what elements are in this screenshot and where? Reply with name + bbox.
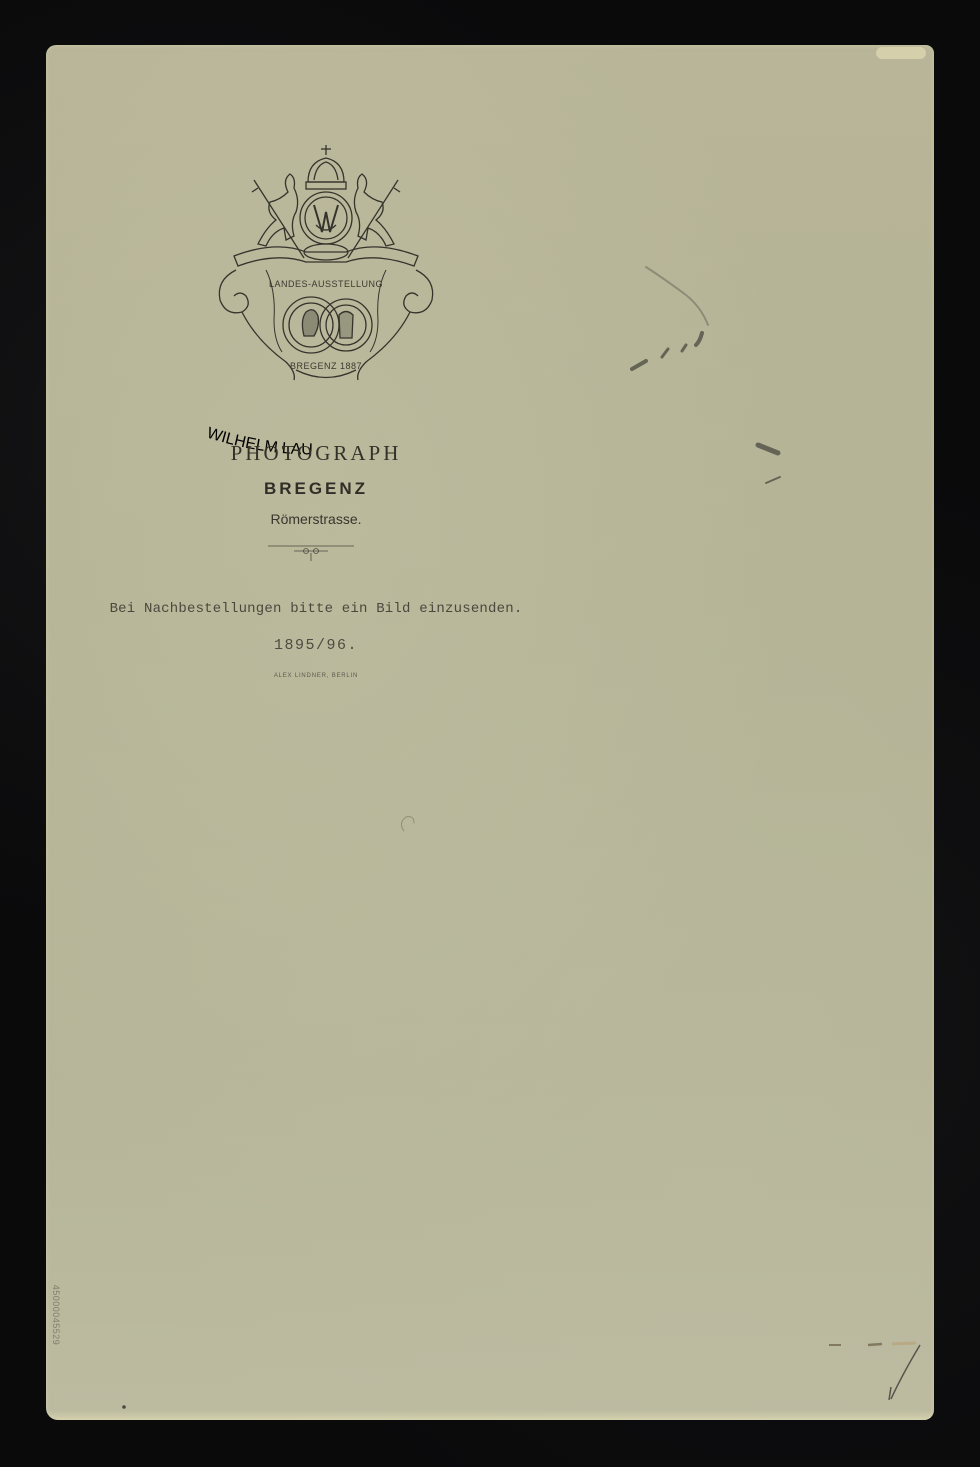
archive-number: 45000045529 (51, 1275, 61, 1355)
photo-card-back: LANDES-AUSSTELLUNG BREGENZ 1887 WILHELM … (46, 45, 934, 1420)
bottom-pencil-marks (829, 1343, 916, 1345)
exhibition-label: LANDES-AUSSTELLUNG (269, 279, 383, 289)
studio-street: Römerstrasse. (46, 511, 586, 527)
pencil-check-mark-icon (889, 1345, 920, 1400)
studio-city: BREGENZ (46, 479, 586, 499)
studio-profession: PHOTOGRAPH (46, 441, 586, 466)
corner-curl (876, 47, 926, 59)
crown-icon (306, 145, 346, 189)
royal-crest-emblem: LANDES-AUSSTELLUNG BREGENZ 1887 (196, 140, 456, 390)
reorder-notice: Bei Nachbestellungen bitte ein Bild einz… (46, 601, 586, 617)
card-edge (46, 1410, 934, 1420)
printer-credit: ALEX LINDNER, BERLIN (46, 673, 586, 679)
season-year: 1895/96. (46, 637, 586, 654)
exhibition-place-year: BREGENZ 1887 (290, 361, 362, 371)
divider-ornament (266, 542, 356, 562)
pencil-marks (46, 45, 934, 1420)
